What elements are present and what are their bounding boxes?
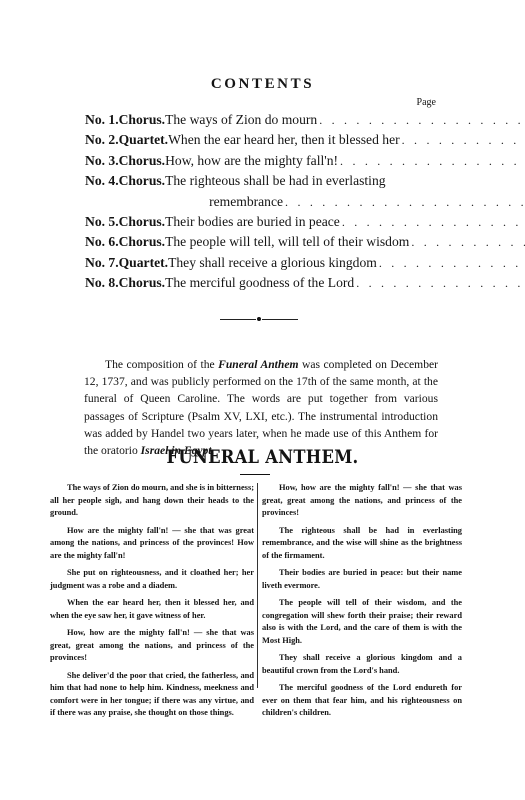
verse-paragraph: The ways of Zion do mourn, and she is in… xyxy=(50,482,254,520)
entry-number: No. 3. xyxy=(85,151,119,171)
verse-paragraph: Their bodies are buried in peace: but th… xyxy=(262,567,462,592)
contents-heading: CONTENTS xyxy=(0,76,525,93)
ornament-dot-icon xyxy=(257,317,261,321)
leader-dots: . . . . . . . . . . . . . . . . . . . . … xyxy=(319,110,525,130)
entry-kind: Chorus. xyxy=(119,171,165,212)
toc-entry: No. 3.Chorus.How, how are the mighty fal… xyxy=(85,151,436,171)
verse-paragraph: They shall receive a glorious kingdom an… xyxy=(262,652,462,677)
entry-kind: Chorus. xyxy=(119,110,165,130)
toc-entry: No. 7.Quartet.They shall receive a glori… xyxy=(85,253,436,273)
title-underline-rule xyxy=(240,474,270,475)
toc-entry: No. 1.Chorus.The ways of Zion do mourn. … xyxy=(85,110,436,130)
entry-title: The merciful goodness of the Lord xyxy=(165,273,354,293)
entry-title: How, how are the mighty fall'n! xyxy=(165,151,338,171)
toc-entry: No. 4.Chorus.The righteous shall be had … xyxy=(85,171,436,212)
entry-number: No. 5. xyxy=(85,212,119,232)
entry-kind: Chorus. xyxy=(119,273,165,293)
leader-dots: . . . . . . . . . . . . . . . . . . . . … xyxy=(342,212,525,232)
ornament-divider xyxy=(220,317,298,322)
intro-text: The composition of the xyxy=(105,358,218,371)
lyrics-right-column: How, how are the mighty fall'n! — she th… xyxy=(262,482,462,725)
entry-kind: Chorus. xyxy=(119,212,165,232)
intro-text: was completed on December 12, 1737, and … xyxy=(84,358,438,457)
table-of-contents: No. 1.Chorus.The ways of Zion do mourn. … xyxy=(85,110,436,294)
entry-title-continued: remembrance xyxy=(209,192,283,212)
verse-paragraph: The people will tell of their wisdom, an… xyxy=(262,597,462,647)
entry-title: The ways of Zion do mourn xyxy=(165,110,317,130)
verse-paragraph: How are the mighty fall'n! — she that wa… xyxy=(50,525,254,563)
column-divider xyxy=(257,483,258,688)
entry-kind: Quartet. xyxy=(119,130,168,150)
leader-dots: . . . . . . . . . . . . . . . . . . . . … xyxy=(402,130,525,150)
entry-title: The people will tell, will tell of their… xyxy=(165,232,409,252)
verse-paragraph: How, how are the mighty fall'n! — she th… xyxy=(50,627,254,665)
leader-dots: . . . . . . . . . . . . . . . . . . . . … xyxy=(379,253,525,273)
entry-kind: Chorus. xyxy=(119,151,165,171)
leader-dots: . . . . . . . . . . . . . . . . . . . . … xyxy=(340,151,525,171)
lyrics-left-column: The ways of Zion do mourn, and she is in… xyxy=(50,482,254,725)
entry-number: No. 8. xyxy=(85,273,119,293)
intro-paragraph: The composition of the Funeral Anthem wa… xyxy=(84,356,438,459)
verse-paragraph: The merciful goodness of the Lord endure… xyxy=(262,682,462,720)
entry-number: No. 4. xyxy=(85,171,119,212)
entry-title: They shall receive a glorious kingdom xyxy=(168,253,377,273)
verse-paragraph: When the ear heard her, then it blessed … xyxy=(50,597,254,622)
work-title-italic: Funeral Anthem xyxy=(218,358,298,371)
ornament-bar-right xyxy=(262,319,298,320)
entry-title: The righteous shall be had in everlastin… xyxy=(165,171,385,191)
entry-number: No. 2. xyxy=(85,130,119,150)
leader-dots: . . . . . . . . . . . . . . . . . . . . … xyxy=(285,192,525,212)
anthem-title: FUNERAL ANTHEM. xyxy=(37,446,489,468)
page-column-label: Page xyxy=(380,97,436,108)
entry-title: Their bodies are buried in peace xyxy=(165,212,340,232)
entry-number: No. 7. xyxy=(85,253,119,273)
verse-paragraph: She put on righteousness, and it cloathe… xyxy=(50,567,254,592)
entry-kind: Chorus. xyxy=(119,232,165,252)
verse-paragraph: She deliver'd the poor that cried, the f… xyxy=(50,670,254,720)
verse-paragraph: How, how are the mighty fall'n! — she th… xyxy=(262,482,462,520)
toc-entry: No. 5.Chorus.Their bodies are buried in … xyxy=(85,212,436,232)
leader-dots: . . . . . . . . . . . . . . . . . . . . … xyxy=(411,232,525,252)
leader-dots: . . . . . . . . . . . . . . . . . . . . … xyxy=(356,273,525,293)
toc-entry: No. 6.Chorus.The people will tell, will … xyxy=(85,232,436,252)
entry-title: When the ear heard her, then it blessed … xyxy=(168,130,400,150)
entry-number: No. 6. xyxy=(85,232,119,252)
ornament-bar-left xyxy=(220,319,256,320)
toc-entry: No. 8.Chorus.The merciful goodness of th… xyxy=(85,273,436,293)
entry-kind: Quartet. xyxy=(119,253,168,273)
toc-entry: No. 2.Quartet.When the ear heard her, th… xyxy=(85,130,436,150)
entry-number: No. 1. xyxy=(85,110,119,130)
verse-paragraph: The righteous shall be had in everlastin… xyxy=(262,525,462,563)
